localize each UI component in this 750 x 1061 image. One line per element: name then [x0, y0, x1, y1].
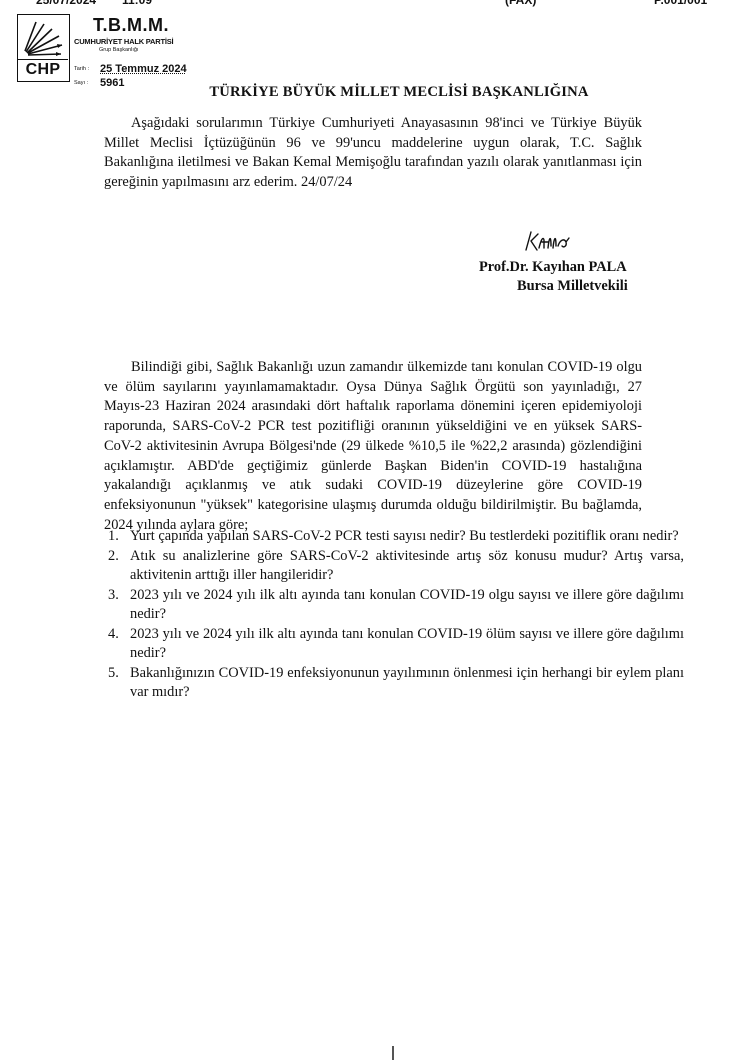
question-item: 4.2023 yılı ve 2024 yılı ilk altı ayında… — [104, 625, 684, 664]
signature-icon — [522, 228, 572, 256]
stamp-date-value: 25 Temmuz 2024 — [100, 63, 187, 75]
stamp-party: CUMHURİYET HALK PARTİSİ — [74, 37, 173, 46]
question-text: Bakanlığınızın COVID-19 enfeksiyonunun y… — [130, 665, 684, 701]
signer-name: Prof.Dr. Kayıhan PALA — [479, 259, 627, 276]
chp-logo: CHP — [17, 14, 70, 82]
signer-role: Bursa Milletvekili — [517, 278, 628, 295]
logo-divider — [18, 59, 68, 60]
tbmm-stamp: CHP T.B.M.M. CUMHURİYET HALK PARTİSİ Gru… — [17, 14, 257, 86]
six-arrows-icon — [18, 15, 68, 59]
intro-paragraph: Aşağıdaki sorularımın Türkiye Cumhuriyet… — [104, 114, 642, 193]
question-text: Atık su analizlerine göre SARS-CoV-2 akt… — [130, 548, 684, 584]
question-text: 2023 yılı ve 2024 yılı ilk altı ayında t… — [130, 626, 684, 662]
question-number: 4. — [108, 625, 119, 645]
body-paragraph: Bilindiği gibi, Sağlık Bakanlığı uzun za… — [104, 358, 642, 535]
question-item: 2.Atık su analizlerine göre SARS-CoV-2 a… — [104, 547, 684, 586]
fax-header: 25/07/2024 11:09 (FAX) P.001/001 — [0, 0, 750, 7]
stamp-date-label: Tarih : — [74, 66, 100, 72]
question-number: 1. — [108, 527, 119, 547]
stamp-title: T.B.M.M. — [93, 15, 169, 36]
fax-page-number: P.001/001 — [654, 0, 707, 7]
question-text: Yurt çapında yapılan SARS-CoV-2 PCR test… — [130, 528, 679, 544]
fax-label: (FAX) — [505, 0, 536, 7]
question-number: 2. — [108, 547, 119, 567]
fax-date: 25/07/2024 — [36, 0, 96, 7]
document-title: TÜRKİYE BÜYÜK MİLLET MECLİSİ BAŞKANLIĞIN… — [0, 84, 750, 101]
question-item: 3.2023 yılı ve 2024 yılı ilk altı ayında… — [104, 586, 684, 625]
question-item: 1.Yurt çapında yapılan SARS-CoV-2 PCR te… — [104, 527, 684, 547]
question-number: 3. — [108, 586, 119, 606]
fax-time: 11:09 — [122, 0, 152, 7]
logo-text: CHP — [18, 61, 68, 79]
question-list: 1.Yurt çapında yapılan SARS-CoV-2 PCR te… — [104, 527, 684, 703]
question-item: 5.Bakanlığınızın COVID-19 enfeksiyonunun… — [104, 664, 684, 703]
question-text: 2023 yılı ve 2024 yılı ilk altı ayında t… — [130, 587, 684, 623]
stamp-group: Grup Başkanlığı — [99, 47, 138, 53]
question-number: 5. — [108, 664, 119, 684]
scan-mark — [392, 1046, 394, 1060]
